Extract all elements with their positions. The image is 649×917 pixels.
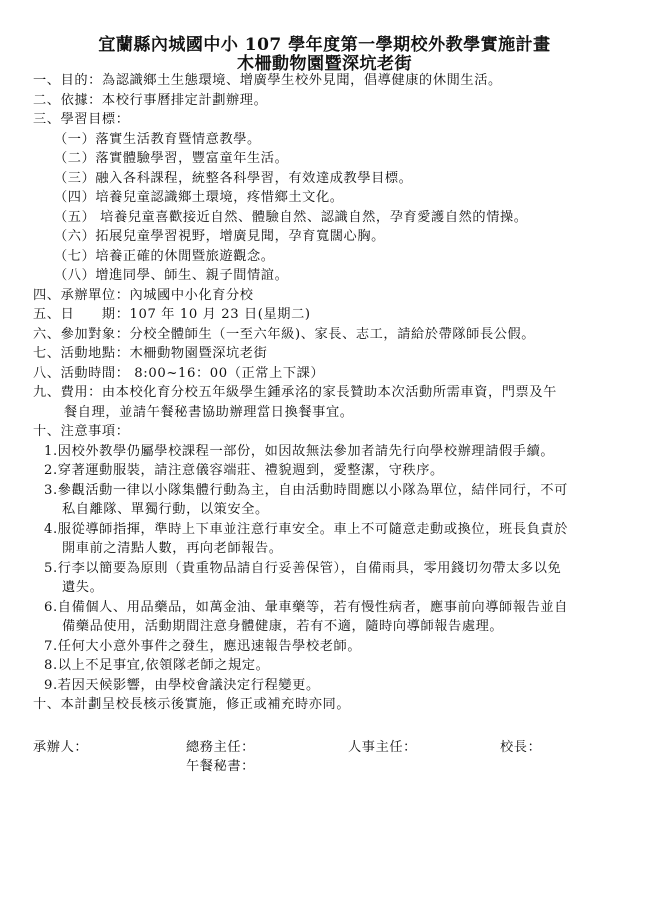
note-item: 2.穿著運動服裝，請注意儀容端莊、禮貌週到，愛整潔，守秩序。 [44, 462, 444, 480]
section-fees-continued: 餐自理，並請午餐秘書協助辦理當日換餐事宜。 [64, 404, 354, 422]
signature-lunch-secretary: 午餐秘書： [186, 758, 255, 776]
signature-personnel: 人事主任： [348, 739, 417, 757]
note-item: 8.以上不足事宜,依領隊老師之規定。 [44, 657, 269, 675]
goal-item: （六）拓展兒童學習視野，增廣見聞，孕育寬闊心胸。 [54, 228, 385, 246]
note-item: 9.若因天候影響，由學校會議決定行程變更。 [44, 677, 320, 695]
section-fees: 九、費用：由本校化育分校五年級學生鍾承洺的家長贊助本次活動所需車資，門票及午 [33, 384, 557, 402]
note-item: 3.參觀活動一律以小隊集體行動為主，自由活動時間應以小隊為單位，結伴同行，不可 [44, 482, 568, 500]
note-item: 6.自備個人、用品藥品，如萬金油、暈車藥等，若有慢性病者，應事前向導師報告並自 [44, 599, 568, 617]
section-approval: 十、本計劃呈校長核示後實施，修正或補充時亦同。 [33, 696, 350, 714]
goal-item: （三）融入各科課程，統整各科學習，有效達成教學目標。 [54, 170, 412, 188]
note-item: 1.因校外教學仍屬學校課程一部份，如因故無法參加者請先行向學校辦理請假手續。 [44, 443, 554, 461]
goal-item: （八）增進同學、師生、親子間情誼。 [54, 267, 288, 285]
signature-general-affairs: 總務主任： [186, 739, 255, 757]
note-item-continued: 遺失。 [62, 579, 103, 597]
note-item-continued: 私自離隊、單獨行動，以策安全。 [62, 501, 269, 519]
note-item-continued: 備藥品使用，活動期間注意身體健康，若有不適，隨時向導師報告處理。 [62, 618, 503, 636]
goal-item: （四）培養兒童認識鄉土環境，疼惜鄉土文化。 [54, 189, 344, 207]
goal-item: （二）落實體驗學習，豐富童年生活。 [54, 150, 288, 168]
note-item: 5.行李以簡要為原則（貴重物品請自行妥善保管），自備雨具，零用錢切勿帶太多以免 [44, 560, 561, 578]
note-item: 7.任何大小意外事件之發生，應迅速報告學校老師。 [44, 638, 361, 656]
document-page: 宜蘭縣內城國中小 107 學年度第一學期校外教學實施計畫 木柵動物園暨深坑老街 … [0, 0, 649, 917]
section-goals-heading: 三、學習目標： [33, 111, 130, 129]
section-basis: 二、依據：本校行事曆排定計劃辦理。 [33, 92, 267, 110]
note-item: 4.服從導師指揮，準時上下車並注意行車安全。車上不可隨意走動或換位，班長負責於 [44, 521, 568, 539]
section-location: 七、活動地點：木柵動物園暨深坑老街 [33, 345, 267, 363]
section-purpose: 一、目的：為認識鄉土生態環境、增廣學生校外見聞，倡導健康的休閒生活。 [33, 72, 502, 90]
goal-item: （五） 培養兒童喜歡接近自然、體驗自然、認識自然，孕育愛護自然的情操。 [54, 209, 528, 227]
section-notes-heading: 十、注意事項： [33, 423, 130, 441]
signature-principal: 校長： [500, 739, 541, 757]
section-date: 五、日 期：107 年 10 月 23 日(星期二) [33, 306, 311, 324]
note-item-continued: 開車前之清點人數，再向老師報告。 [62, 540, 283, 558]
document-title: 宜蘭縣內城國中小 107 學年度第一學期校外教學實施計畫 [0, 35, 649, 55]
goal-item: （七）培養正確的休閒暨旅遊觀念。 [54, 248, 275, 266]
section-time: 八、活動時間： 8:00~16：00（正常上下課） [33, 365, 324, 383]
document-subtitle: 木柵動物園暨深坑老街 [0, 54, 649, 74]
section-participants: 六、參加對象：分校全體師生（一至六年級)、家長、志工，請給於帶隊師長公假。 [33, 326, 535, 344]
signature-organizer: 承辦人： [33, 739, 88, 757]
section-organizer-unit: 四、承辦單位：內城國中小化育分校 [33, 287, 254, 305]
goal-item: （一）落實生活教育暨情意教學。 [54, 131, 261, 149]
